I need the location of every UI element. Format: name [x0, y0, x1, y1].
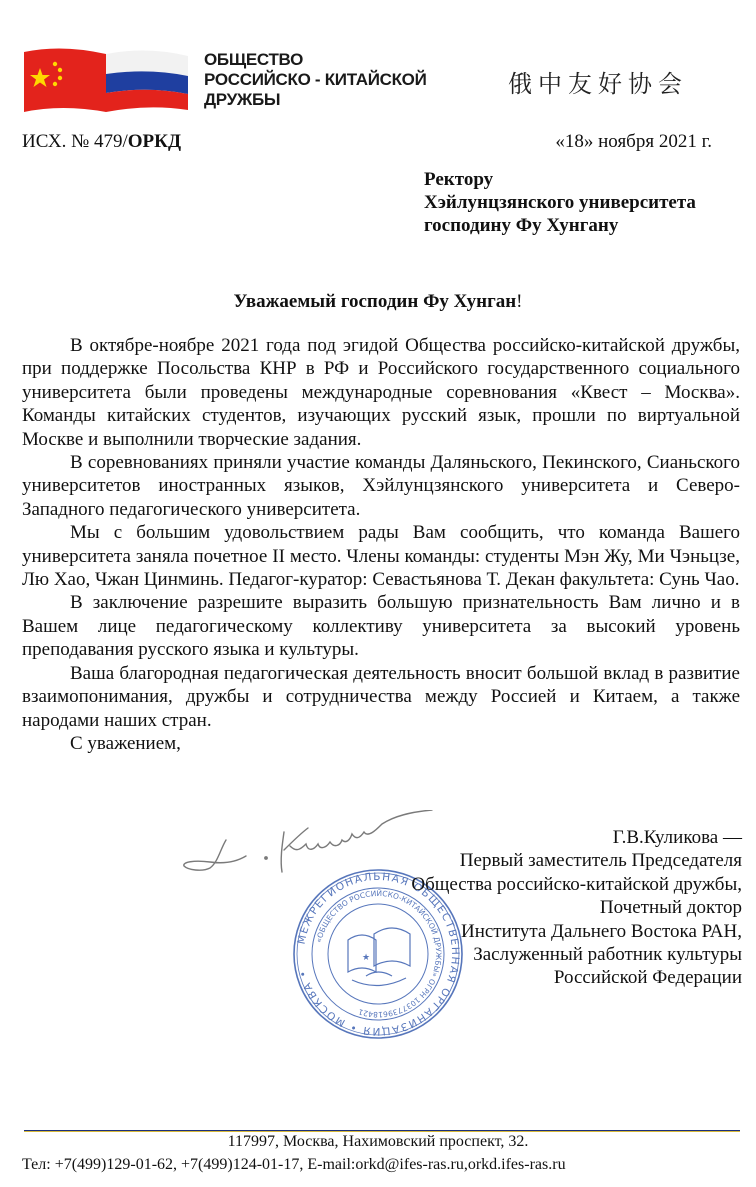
signatory-title-line: Первый заместитель Председателя	[411, 849, 742, 872]
letter-body: В октябре-ноябре 2021 года под эгидой Об…	[22, 334, 740, 755]
org-name-zh: 俄中友好协会	[508, 64, 688, 99]
china-flag-icon	[24, 48, 106, 112]
russia-flag-icon	[106, 50, 188, 112]
body-paragraph: Ваша благородная педагогическая деятельн…	[22, 662, 740, 732]
signatory-title-line: Российской Федерации	[411, 966, 742, 989]
salutation: Уважаемый господин Фу Хунган!	[0, 291, 756, 313]
org-name-line: РОССИЙСКО - КИТАЙСКОЙ	[204, 70, 427, 90]
org-name-ru: ОБЩЕСТВО РОССИЙСКО - КИТАЙСКОЙ ДРУЖБЫ	[204, 50, 427, 110]
signatory-title-line: Общества российско-китайской дружбы,	[411, 873, 742, 896]
footer-divider	[24, 1130, 740, 1131]
footer-contact: Тел: +7(499)129-01-62, +7(499)124-01-17,…	[22, 1156, 566, 1174]
letter-date: «18» ноября 2021 г.	[555, 131, 712, 153]
salutation-text: Уважаемый господин Фу Хунган	[234, 291, 517, 312]
letterhead: ОБЩЕСТВО РОССИЙСКО - КИТАЙСКОЙ ДРУЖБЫ 俄中…	[22, 46, 742, 116]
salutation-punct: !	[516, 291, 522, 312]
outgoing-reference: ИСХ. № 479/ОРКД	[22, 131, 181, 153]
body-paragraph: В соревнованиях приняли участие команды …	[22, 451, 740, 521]
signatory-title-line: Института Дальнего Востока РАН,	[411, 920, 742, 943]
signatory-name: Г.В.Куликова —	[411, 826, 742, 849]
reference-code: ОРКД	[128, 131, 181, 152]
footer-address: 117997, Москва, Нахимовский проспект, 32…	[0, 1133, 756, 1151]
addressee-line: господину Фу Хунгану	[424, 214, 696, 237]
body-paragraph: В заключение разрешите выразить большую …	[22, 591, 740, 661]
china-russia-flags-logo	[22, 46, 192, 114]
addressee-line: Хэйлунцзянского университета	[424, 191, 696, 214]
closing-phrase: С уважением,	[22, 732, 740, 755]
addressee-block: Ректору Хэйлунцзянского университета гос…	[424, 168, 696, 237]
body-paragraph: Мы с большим удовольствием рады Вам сооб…	[22, 521, 740, 591]
signatory-title-line: Заслуженный работник культуры	[411, 943, 742, 966]
org-name-line: ДРУЖБЫ	[204, 90, 427, 110]
svg-text:★: ★	[362, 953, 370, 963]
signatory-title-line: Почетный доктор	[411, 896, 742, 919]
signatory-block: Г.В.Куликова — Первый заместитель Предсе…	[411, 826, 742, 990]
body-paragraph: В октябре-ноябре 2021 года под эгидой Об…	[22, 334, 740, 451]
org-name-line: ОБЩЕСТВО	[204, 50, 427, 70]
reference-prefix: ИСХ. № 479/	[22, 131, 128, 152]
addressee-line: Ректору	[424, 168, 696, 191]
